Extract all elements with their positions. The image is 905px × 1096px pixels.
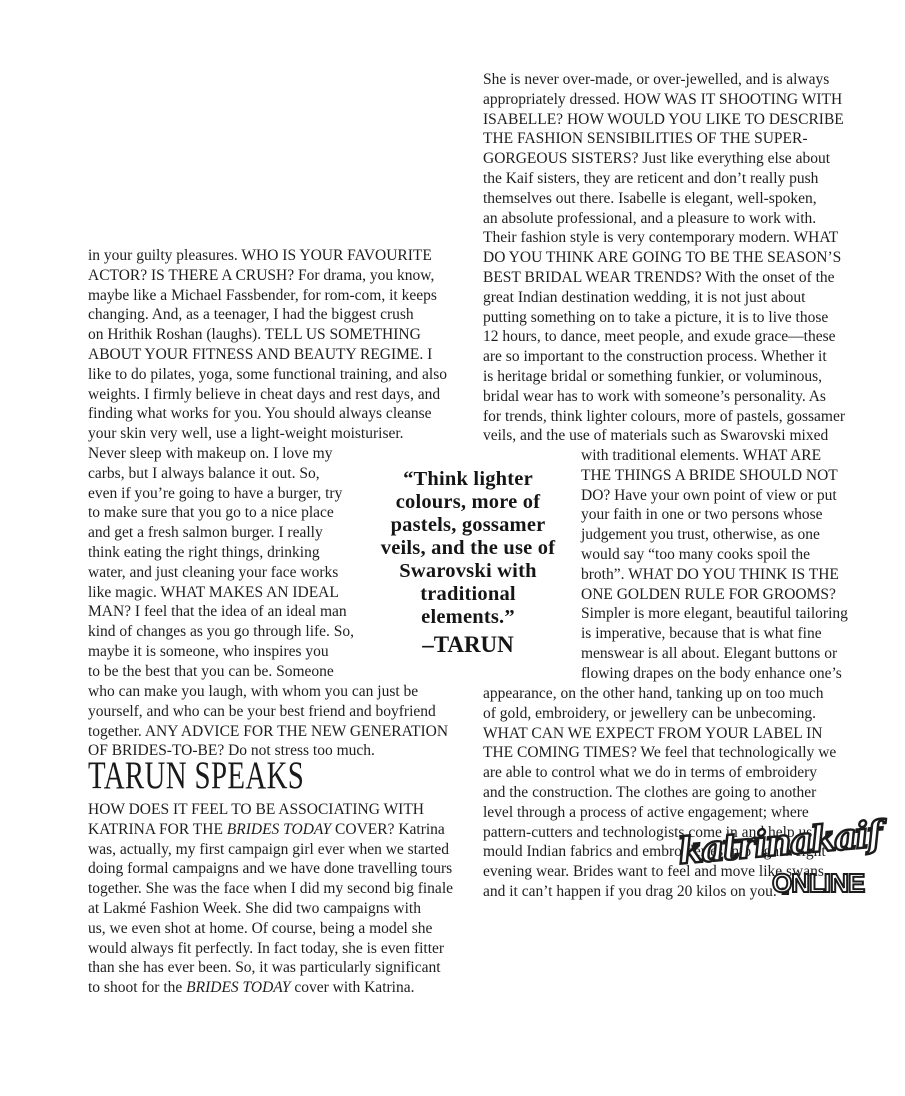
text-line: bridal wear has to work with someone’s p… (483, 387, 856, 407)
text-line: to make sure that you go to a nice place (88, 503, 366, 523)
text-line: in your guilty pleasures. WHO IS YOUR FA… (88, 246, 462, 266)
left-column-paragraph-top: in your guilty pleasures. WHO IS YOUR FA… (88, 246, 462, 444)
text-line: WHAT CAN WE EXPECT FROM YOUR LABEL IN (483, 724, 856, 744)
text-line: appropriately dressed. HOW WAS IT SHOOTI… (483, 90, 856, 110)
left-column-paragraph-advice: who can make you laugh, with whom you ca… (88, 682, 462, 761)
text-line: ABOUT YOUR FITNESS AND BEAUTY REGIME. I (88, 345, 462, 365)
text-line: “Think lighter (360, 468, 576, 491)
text-line: DO? Have your own point of view or put (581, 486, 856, 506)
pull-quote-lines: “Think lightercolours, more ofpastels, g… (360, 468, 576, 629)
text-line: is imperative, because that is what fine (581, 624, 856, 644)
text-line: broth”. WHAT DO YOU THINK IS THE (581, 565, 856, 585)
text-line: maybe like a Michael Fassbender, for rom… (88, 286, 462, 306)
watermark-online-label: ONLINE (772, 868, 864, 899)
text-line: ONE GOLDEN RULE FOR GROOMS? (581, 585, 856, 605)
section-heading-tarun-speaks: TARUN SPEAKS (88, 756, 304, 796)
text-line: was, actually, my first campaign girl ev… (88, 840, 462, 860)
text-line: yourself, and who can be your best frien… (88, 702, 462, 722)
text-line: for trends, think lighter colours, more … (483, 407, 856, 427)
text-line: THE THINGS A BRIDE SHOULD NOT (581, 466, 856, 486)
text-line: Their fashion style is very contemporary… (483, 228, 856, 248)
magazine-page: in your guilty pleasures. WHO IS YOUR FA… (0, 0, 905, 1096)
text-line: the Kaif sisters, they are reticent and … (483, 169, 856, 189)
text-line: ACTOR? IS THERE A CRUSH? For drama, you … (88, 266, 462, 286)
text-line: and get a fresh salmon burger. I really (88, 523, 366, 543)
text-line: your skin very well, use a light-weight … (88, 424, 462, 444)
text-line: together. ANY ADVICE FOR THE NEW GENERAT… (88, 722, 462, 742)
text-line: judgement you trust, otherwise, as one (581, 525, 856, 545)
text-line: Swarovski with (360, 560, 576, 583)
text-line: who can make you laugh, with whom you ca… (88, 682, 462, 702)
text-line: carbs, but I always balance it out. So, (88, 464, 366, 484)
text-line: would say “too many cooks spoil the (581, 545, 856, 565)
text-line: MAN? I feel that the idea of an ideal ma… (88, 602, 366, 622)
text-line: with traditional elements. WHAT ARE (581, 446, 856, 466)
text-line: an absolute professional, and a pleasure… (483, 209, 856, 229)
left-column-paragraph-narrow: Never sleep with makeup on. I love mycar… (88, 444, 366, 682)
text-line: GORGEOUS SISTERS? Just like everything e… (483, 149, 856, 169)
text-line: KATRINA FOR THE BRIDES TODAY COVER? Katr… (88, 820, 462, 840)
text-line: to shoot for the BRIDES TODAY cover with… (88, 978, 462, 998)
text-line: weights. I firmly believe in cheat days … (88, 385, 462, 405)
text-line: THE FASHION SENSIBILITIES OF THE SUPER- (483, 129, 856, 149)
pull-quote-attribution: –TARUN (360, 632, 576, 658)
text-line: would always fit perfectly. In fact toda… (88, 939, 462, 959)
text-line: THE COMING TIMES? We feel that technolog… (483, 743, 856, 763)
text-line: than she has ever been. So, it was parti… (88, 958, 462, 978)
text-line: 12 hours, to dance, meet people, and exu… (483, 327, 856, 347)
text-line: kind of changes as you go through life. … (88, 622, 366, 642)
text-line: your faith in one or two persons whose (581, 505, 856, 525)
text-line: to be the best that you can be. Someone (88, 662, 366, 682)
text-line: elements.” (360, 606, 576, 629)
text-line: BEST BRIDAL WEAR TRENDS? With the onset … (483, 268, 856, 288)
text-line: even if you’re going to have a burger, t… (88, 484, 366, 504)
pull-quote: “Think lightercolours, more ofpastels, g… (360, 468, 576, 658)
text-line: is heritage bridal or something funkier,… (483, 367, 856, 387)
text-line: great Indian destination wedding, it is … (483, 288, 856, 308)
text-line: Never sleep with makeup on. I love my (88, 444, 366, 464)
text-line: finding what works for you. You should a… (88, 404, 462, 424)
text-line: veils, and the use of materials such as … (483, 426, 856, 446)
text-line: DO YOU THINK ARE GOING TO BE THE SEASON’… (483, 248, 856, 268)
text-line: putting something on to take a picture, … (483, 308, 856, 328)
text-line: pastels, gossamer (360, 514, 576, 537)
text-line: traditional (360, 583, 576, 606)
text-line: veils, and the use of (360, 537, 576, 560)
text-line: appearance, on the other hand, tanking u… (483, 684, 856, 704)
text-line: like to do pilates, yoga, some functiona… (88, 365, 462, 385)
text-line: colours, more of (360, 491, 576, 514)
right-column-paragraph-narrow: with traditional elements. WHAT ARETHE T… (581, 446, 856, 684)
text-line: maybe it is someone, who inspires you (88, 642, 366, 662)
text-line: us, we even shot at home. Of course, bei… (88, 919, 462, 939)
text-line: menswear is all about. Elegant buttons o… (581, 644, 856, 664)
left-column-paragraph-tarun: HOW DOES IT FEEL TO BE ASSOCIATING WITHK… (88, 800, 462, 998)
text-line: water, and just cleaning your face works (88, 563, 366, 583)
text-line: flowing drapes on the body enhance one’s (581, 664, 856, 684)
text-line: think eating the right things, drinking (88, 543, 366, 563)
text-line: Simpler is more elegant, beautiful tailo… (581, 604, 856, 624)
text-line: themselves out there. Isabelle is elegan… (483, 189, 856, 209)
text-line: together. She was the face when I did my… (88, 879, 462, 899)
text-line: at Lakmé Fashion Week. She did two campa… (88, 899, 462, 919)
text-line: and the construction. The clothes are go… (483, 783, 856, 803)
text-line: She is never over-made, or over-jewelled… (483, 70, 856, 90)
text-line: doing formal campaigns and we have done … (88, 859, 462, 879)
right-column-paragraph-top: She is never over-made, or over-jewelled… (483, 70, 856, 446)
text-line: HOW DOES IT FEEL TO BE ASSOCIATING WITH (88, 800, 462, 820)
text-line: are able to control what we do in terms … (483, 763, 856, 783)
text-line: on Hrithik Roshan (laughs). TELL US SOME… (88, 325, 462, 345)
text-line: ISABELLE? HOW WOULD YOU LIKE TO DESCRIBE (483, 110, 856, 130)
text-line: of gold, embroidery, or jewellery can be… (483, 704, 856, 724)
text-line: like magic. WHAT MAKES AN IDEAL (88, 583, 366, 603)
text-line: changing. And, as a teenager, I had the … (88, 305, 462, 325)
text-line: are so important to the construction pro… (483, 347, 856, 367)
